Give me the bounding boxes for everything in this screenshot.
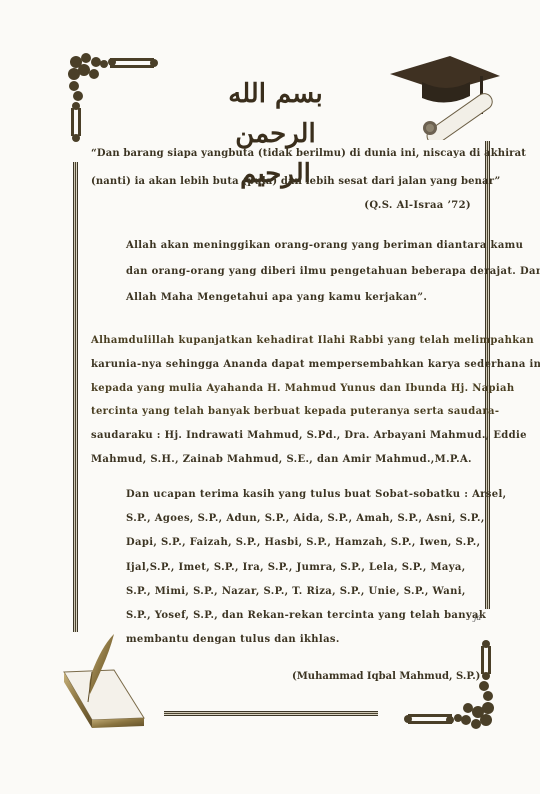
dedication-line: saudaraku : Hj. Indrawati Mahmud, S.Pd.,… (91, 430, 471, 441)
corner-ornament-bottom-right-icon (402, 638, 498, 730)
thanks-block: Dan ucapan terima kasih yang tulus buat … (126, 489, 474, 649)
quote-block: “Dan barang siapa yangbuta (tidak berilm… (91, 148, 471, 218)
thanks-line: Dan ucapan terima kasih yang tulus buat … (126, 489, 474, 500)
thanks-line: S.P., Mimi, S.P., Nazar, S.P., T. Riza, … (126, 586, 474, 597)
verse-line: Allah Maha Mengetahui apa yang kamu kerj… (126, 292, 466, 303)
dedication-line: Alhamdulillah kupanjatkan kehadirat Ilah… (91, 335, 471, 346)
dedication-block: Alhamdulillah kupanjatkan kehadirat Ilah… (91, 335, 471, 495)
verse-line: Allah akan meninggikan orang-orang yang … (126, 240, 466, 251)
frame-right-bar (485, 141, 490, 609)
frame-bottom-bar (164, 711, 378, 716)
dedication-line: Mahmud, S.H., Zainab Mahmud, S.E., dan A… (91, 454, 471, 465)
thanks-line: S.P., Agoes, S.P., Adun, S.P., Aida, S.P… (126, 513, 474, 524)
corner-ornament-top-left-icon (64, 52, 160, 144)
thanks-line: Ijal,S.P., Imet, S.P., Ira, S.P., Jumra,… (126, 562, 474, 573)
quill-book-icon (62, 632, 146, 728)
quote-line: “Dan barang siapa yangbuta (tidak berilm… (91, 148, 471, 159)
dedication-line: tercinta yang telah banyak berbuat kepad… (91, 406, 471, 417)
verse-block: Allah akan meninggikan orang-orang yang … (126, 240, 466, 310)
frame-left-bar (73, 162, 78, 632)
dedication-line: kepada yang mulia Ayahanda H. Mahmud Yun… (91, 383, 471, 394)
thanks-line: Dapi, S.P., Faizah, S.P., Hasbi, S.P., H… (126, 537, 474, 548)
verse-line: dan orang-orang yang diberi ilmu pengeta… (126, 266, 466, 277)
quote-citation: (Q.S. Al-Israa ’72) (364, 200, 471, 211)
basmala-calligraphy: بسم الله الرحمن الرحيم (213, 74, 338, 114)
quote-line: (nanti) ia akan lebih buta (pula) dan le… (91, 176, 471, 187)
margin-note: ja (474, 613, 481, 622)
thanks-line: S.P., Yosef, S.P., dan Rekan-rekan terci… (126, 610, 474, 621)
graduation-cap-icon (388, 52, 502, 140)
dedication-line: karunia-nya sehingga Ananda dapat memper… (91, 359, 471, 370)
